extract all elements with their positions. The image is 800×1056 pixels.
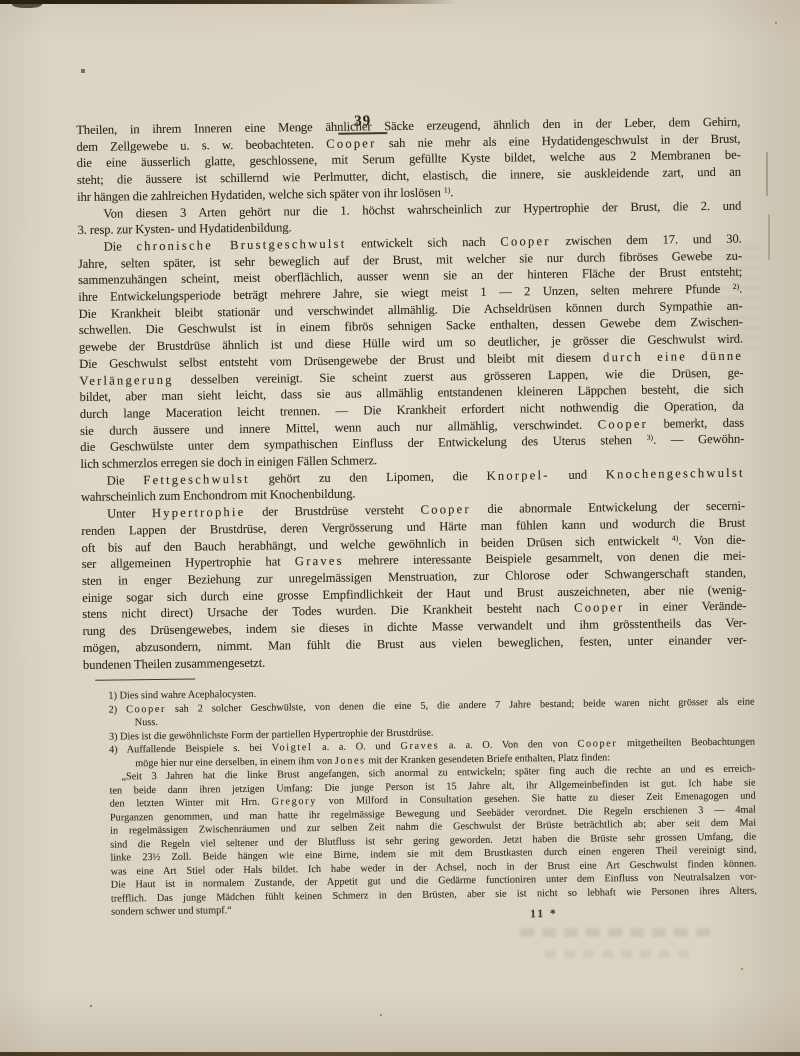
footnotes: 1) Dies sind wahre Acephalocysten.2) Coo… (108, 682, 757, 920)
main-text: Theilen, in ihrem Inneren eine Menge ähn… (76, 114, 747, 674)
page-content: 39 Theilen, in ihrem Inneren eine Menge … (76, 100, 750, 926)
scan-artifact-scratch (766, 152, 768, 196)
paper-edge-bottom (0, 1052, 800, 1056)
scanned-book-page: { "page": { "number": "39", "signature_m… (0, 0, 800, 1056)
ink-specks (0, 0, 2, 2)
paper-edge-top (0, 0, 458, 4)
footnote-separator-rule (95, 679, 195, 681)
scan-artifact-scratch (768, 214, 770, 260)
paper-edge-top-blob (12, 0, 42, 8)
